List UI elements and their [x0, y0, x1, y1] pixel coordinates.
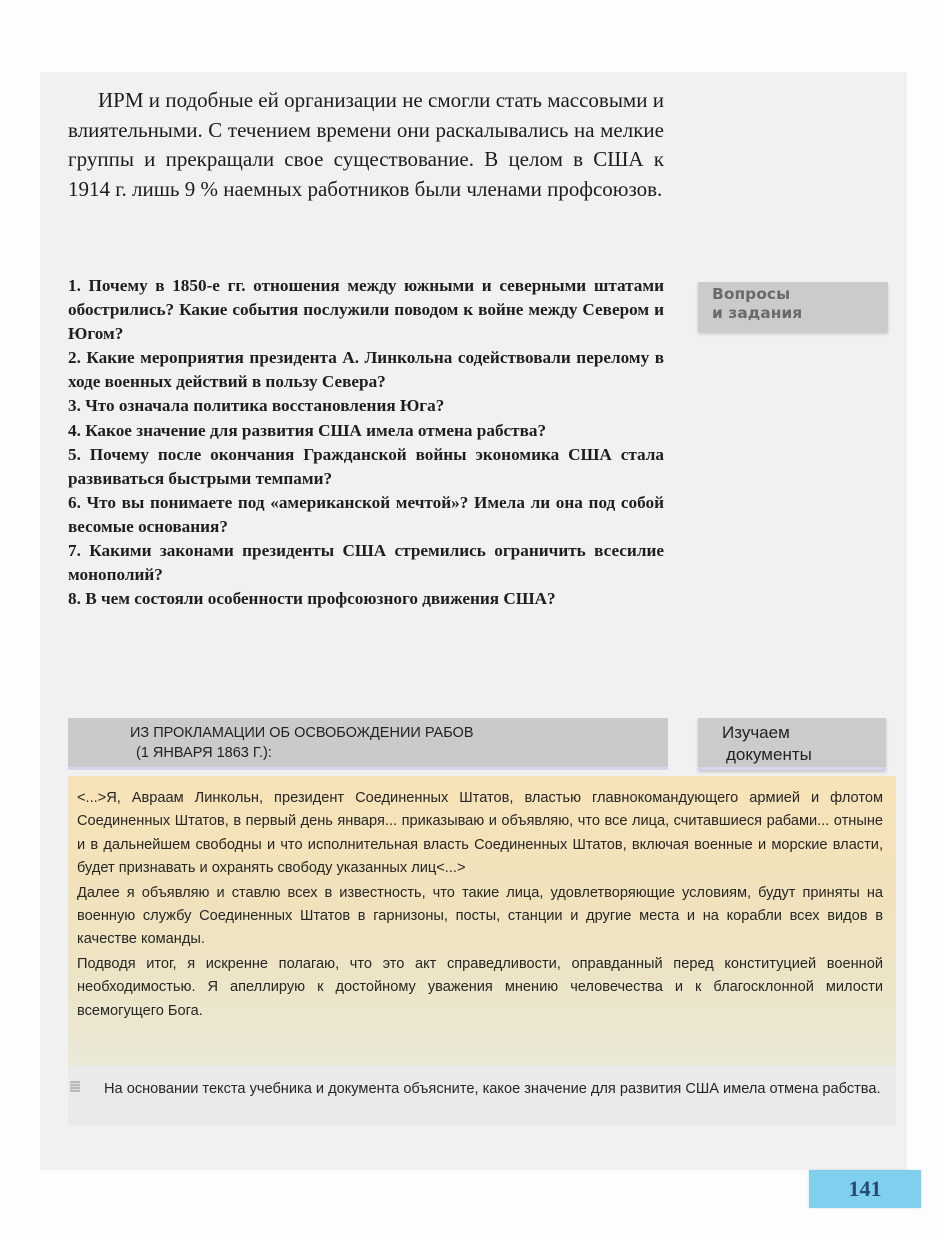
questions-section-label: Вопросы и задания [698, 282, 888, 332]
document-task: На основании текста учебника и документа… [104, 1076, 890, 1102]
intro-paragraph: ИРМ и подобные ей организации не смогли … [68, 86, 664, 204]
document-title-line1: ИЗ ПРОКЛАМАЦИИ ОБ ОСВОБОЖДЕНИИ РАБОВ [130, 725, 474, 741]
document-title: ИЗ ПРОКЛАМАЦИИ ОБ ОСВОБОЖДЕНИИ РАБОВ (1 … [68, 718, 668, 770]
questions-label-line2: и задания [712, 304, 802, 322]
questions-label-line1: Вопросы [712, 285, 790, 303]
document-paragraph: Далее я объявляю и ставлю всех в известн… [77, 882, 883, 952]
document-title-line2: (1 ЯНВАРЯ 1863 Г.): [130, 743, 668, 763]
documents-section-label: Изучаем документы [698, 718, 886, 770]
question-item: 5. Почему после окончания Гражданской во… [68, 443, 664, 491]
questions-list: 1. Почему в 1850-е гг. отношения между ю… [68, 274, 664, 611]
intro-text: ИРМ и подобные ей организации не смогли … [68, 86, 664, 204]
question-item: 3. Что означала политика восстановления … [68, 394, 664, 418]
question-item: 8. В чем состояли особенности профсоюзно… [68, 587, 664, 611]
document-paragraph: Подводя итог, я искренне полагаю, что эт… [77, 953, 883, 1023]
document-paragraph: <...>Я, Авраам Линкольн, президент Соеди… [77, 787, 883, 881]
question-item: 4. Какое значение для развития США имела… [68, 419, 664, 443]
question-item: 6. Что вы понимаете под «американской ме… [68, 491, 664, 539]
question-item: 2. Какие мероприятия президента А. Линко… [68, 346, 664, 394]
documents-label-line1: Изучаем [722, 723, 790, 742]
document-text: <...>Я, Авраам Линкольн, президент Соеди… [77, 787, 883, 1024]
question-item: 7. Какими законами президенты США стреми… [68, 539, 664, 587]
task-list-icon [70, 1081, 80, 1092]
documents-label-line2: документы [722, 744, 886, 766]
page-number: 141 [809, 1170, 921, 1208]
question-item: 1. Почему в 1850-е гг. отношения между ю… [68, 274, 664, 346]
